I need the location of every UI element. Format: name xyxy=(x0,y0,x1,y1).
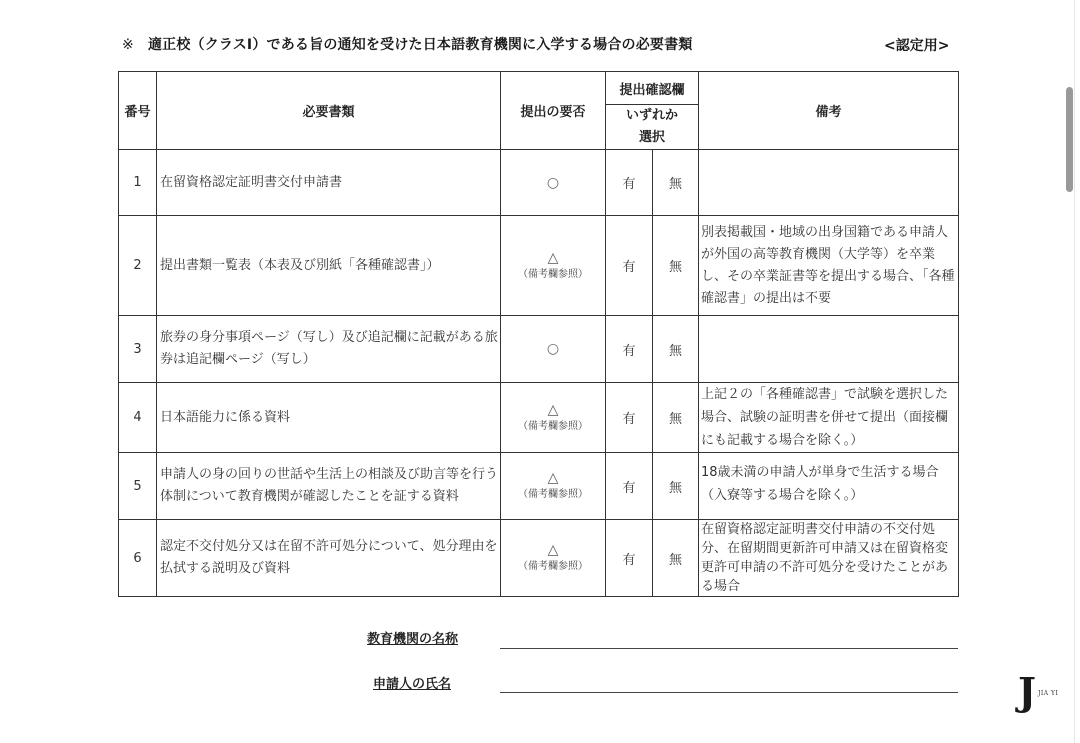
header-number: 番号 xyxy=(119,72,157,150)
note-mark: ※ xyxy=(122,37,134,53)
header-remarks: 備考 xyxy=(699,72,959,150)
option-no[interactable]: 無 xyxy=(653,316,699,383)
row-requirement: △ （備考欄参照） xyxy=(501,520,606,597)
header-row: 番号 必要書類 提出の要否 提出確認欄 備考 xyxy=(119,72,959,105)
applicant-name-field[interactable] xyxy=(500,692,958,693)
header-sub-line2: 選択 xyxy=(639,130,665,145)
option-yes[interactable]: 有 xyxy=(606,216,653,316)
watermark-logo: J JIA YI xyxy=(1018,672,1068,712)
row-number: 6 xyxy=(119,520,157,597)
logo-text: JIA YI xyxy=(1038,690,1058,697)
row-requirement: ○ xyxy=(501,316,606,383)
requirement-note: （備考欄参照） xyxy=(501,267,605,283)
institution-name-label: 教育機関の名称 xyxy=(367,628,458,647)
row-remarks xyxy=(699,150,959,216)
requirement-note: （備考欄参照） xyxy=(501,559,605,575)
option-no[interactable]: 無 xyxy=(653,383,699,453)
option-yes[interactable]: 有 xyxy=(606,520,653,597)
requirement-note: （備考欄参照） xyxy=(501,419,605,435)
option-yes[interactable]: 有 xyxy=(606,316,653,383)
row-number: 5 xyxy=(119,453,157,520)
logo-letter-icon: J xyxy=(1018,672,1036,712)
row-requirement: △ （備考欄参照） xyxy=(501,383,606,453)
option-yes[interactable]: 有 xyxy=(606,150,653,216)
row-number: 3 xyxy=(119,316,157,383)
row-requirement: △ （備考欄参照） xyxy=(501,216,606,316)
required-documents-table: 番号 必要書類 提出の要否 提出確認欄 備考 いずれか 選択 1 在留資格認定証… xyxy=(118,71,959,597)
header-sub-line1: いずれか xyxy=(626,108,678,123)
table-row: 1 在留資格認定証明書交付申請書 ○ 有 無 xyxy=(119,150,959,216)
row-document: 旅券の身分事項ページ（写し）及び追記欄に記載がある旅券は追記欄ページ（写し） xyxy=(157,316,501,383)
conditional-triangle-icon: △ xyxy=(501,249,605,267)
header-requirement: 提出の要否 xyxy=(501,72,606,150)
row-document: 申請人の身の回りの世話や生活上の相談及び助言等を行う体制について教育機関が確認し… xyxy=(157,453,501,520)
row-number: 2 xyxy=(119,216,157,316)
row-document: 提出書類一覧表（本表及び別紙「各種確認書」） xyxy=(157,216,501,316)
table-row: 3 旅券の身分事項ページ（写し）及び追記欄に記載がある旅券は追記欄ページ（写し）… xyxy=(119,316,959,383)
table-row: 2 提出書類一覧表（本表及び別紙「各種確認書」） △ （備考欄参照） 有 無 別… xyxy=(119,216,959,316)
scrollbar-thumb[interactable] xyxy=(1066,87,1073,192)
conditional-triangle-icon: △ xyxy=(501,401,605,419)
row-requirement: ○ xyxy=(501,150,606,216)
row-document: 日本語能力に係る資料 xyxy=(157,383,501,453)
table-row: 6 認定不交付処分又は在留不許可処分について、処分理由を払拭する説明及び資料 △… xyxy=(119,520,959,597)
header-confirmation: 提出確認欄 xyxy=(606,72,699,105)
row-number: 1 xyxy=(119,150,157,216)
option-yes[interactable]: 有 xyxy=(606,383,653,453)
option-no[interactable]: 無 xyxy=(653,150,699,216)
option-no[interactable]: 無 xyxy=(653,216,699,316)
option-yes[interactable]: 有 xyxy=(606,453,653,520)
row-document: 認定不交付処分又は在留不許可処分について、処分理由を払拭する説明及び資料 xyxy=(157,520,501,597)
document-category-label: <認定用> xyxy=(884,35,949,55)
option-no[interactable]: 無 xyxy=(653,453,699,520)
scrollbar-track[interactable] xyxy=(1074,0,1075,743)
table-row: 5 申請人の身の回りの世話や生活上の相談及び助言等を行う体制について教育機関が確… xyxy=(119,453,959,520)
conditional-triangle-icon: △ xyxy=(501,541,605,559)
institution-name-field[interactable] xyxy=(500,648,958,649)
row-remarks: 別表掲載国・地域の出身国籍である申請人が外国の高等教育機関（大学等）を卒業し、そ… xyxy=(699,216,959,316)
document-title: ※適正校（クラスⅠ）である旨の通知を受けた日本語教育機関に入学する場合の必要書類 xyxy=(122,34,693,54)
table-row: 4 日本語能力に係る資料 △ （備考欄参照） 有 無 上記２の「各種確認書」で試… xyxy=(119,383,959,453)
row-requirement: △ （備考欄参照） xyxy=(501,453,606,520)
conditional-triangle-icon: △ xyxy=(501,469,605,487)
required-circle-icon: ○ xyxy=(547,175,559,191)
row-number: 4 xyxy=(119,383,157,453)
row-remarks: 上記２の「各種確認書」で試験を選択した場合、試験の証明書を併せて提出（面接欄にも… xyxy=(699,383,959,453)
applicant-name-label: 申請人の氏名 xyxy=(373,673,451,692)
option-no[interactable]: 無 xyxy=(653,520,699,597)
required-circle-icon: ○ xyxy=(547,341,559,357)
title-text: 適正校（クラスⅠ）である旨の通知を受けた日本語教育機関に入学する場合の必要書類 xyxy=(148,37,693,53)
row-remarks xyxy=(699,316,959,383)
header-documents: 必要書類 xyxy=(157,72,501,150)
row-remarks: 18歳未満の申請人が単身で生活する場合（入寮等する場合を除く。） xyxy=(699,453,959,520)
row-document: 在留資格認定証明書交付申請書 xyxy=(157,150,501,216)
requirement-note: （備考欄参照） xyxy=(501,487,605,503)
row-remarks: 在留資格認定証明書交付申請の不交付処分、在留期間更新許可申請又は在留資格変更許可… xyxy=(699,520,959,597)
header-confirmation-sub: いずれか 選択 xyxy=(606,105,699,150)
